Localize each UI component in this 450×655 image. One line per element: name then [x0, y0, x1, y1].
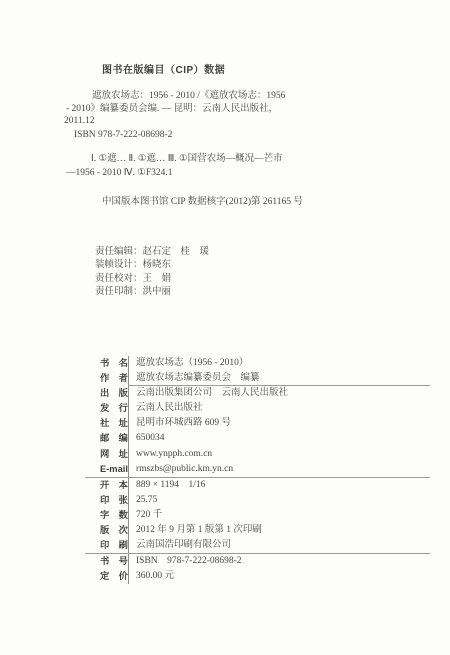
colophon-table: 书 名 遮放农场志（1956 - 2010） 作 者 遮放农场志编纂委员会 编纂…	[85, 356, 430, 584]
row-label: 网 址	[85, 447, 128, 462]
book-copyright-page: 图书在版编目（CIP）数据 遮放农场志：1956 - 2010 /《遮放农场志：…	[0, 0, 450, 655]
staff-label: 装帧设计：	[95, 260, 143, 270]
row-label: 出 版	[85, 386, 128, 401]
table-row-printer: 印 刷 云南国浩印刷有限公司	[85, 538, 430, 554]
table-row-edition: 版 次 2012 年 9 月第 1 版第 1 次印刷	[85, 523, 430, 538]
table-row-email: E-mail rmszbs@public.km.yn.cn	[85, 462, 430, 478]
row-label: 书 号	[85, 554, 128, 569]
row-label: 印 刷	[85, 538, 128, 553]
row-label: 字 数	[85, 508, 128, 523]
cip-paragraph-line2: - 2010》编纂委员会编. — 昆明：云南人民出版社，	[66, 103, 278, 116]
row-label: 开 本	[85, 478, 128, 493]
table-row-isbn: 书 号 ISBN 978-7-222-08698-2	[85, 554, 430, 569]
table-row-sheets: 印 张 25.75	[85, 493, 430, 508]
staff-value: 洪中丽	[143, 287, 172, 297]
staff-label: 责任印制：	[95, 287, 143, 297]
cip-paragraph-line1: 遮放农场志：1956 - 2010 /《遮放农场志：1956	[92, 90, 285, 103]
row-label: 作 者	[85, 371, 128, 386]
staff-credits: 责任编辑：赵石定 桂 瑗 装帧设计：杨晓东 责任校对：王 娟 责任印制：洪中丽	[95, 246, 209, 300]
table-row-price: 定 价 360.00 元	[85, 569, 430, 584]
row-value: 2012 年 9 月第 1 版第 1 次印刷	[128, 523, 430, 538]
row-value: ISBN 978-7-222-08698-2	[128, 554, 430, 569]
row-value: 云南国浩印刷有限公司	[128, 538, 430, 553]
row-value: 遮放农场志（1956 - 2010）	[128, 356, 430, 371]
cip-record-number: 中国版本图书馆 CIP 数据核字(2012)第 261165 号	[102, 196, 303, 209]
staff-value: 赵石定 桂 瑗	[143, 247, 210, 257]
cip-header: 图书在版编目（CIP）数据	[102, 61, 225, 76]
table-row-publisher: 出 版 云南出版集团公司 云南人民出版社	[85, 386, 430, 401]
staff-label: 责任校对：	[95, 274, 143, 284]
row-value: 25.75	[128, 493, 430, 508]
table-row-wordcount: 字 数 720 千	[85, 508, 430, 523]
staff-row-editor: 责任编辑：赵石定 桂 瑗	[95, 246, 209, 259]
staff-row-proofreader: 责任校对：王 娟	[95, 273, 209, 286]
row-value: 昆明市环城西路 609 号	[128, 416, 430, 431]
table-row-address: 社 址 昆明市环城西路 609 号	[85, 416, 430, 431]
staff-value: 王 娟	[143, 274, 172, 284]
row-label: 发 行	[85, 401, 128, 416]
cip-classification-line1: Ⅰ. ①遮… Ⅱ. ①遮… Ⅲ. ①国营农场—概况—芒市	[91, 153, 283, 166]
row-value: www.ynpph.com.cn	[128, 447, 430, 462]
staff-row-designer: 装帧设计：杨晓东	[95, 259, 209, 272]
table-row-distributor: 发 行 云南人民出版社	[85, 401, 430, 416]
row-label: 定 价	[85, 569, 128, 584]
row-value: 720 千	[128, 508, 430, 523]
row-value: 360.00 元	[128, 569, 430, 584]
row-value: 650034	[128, 431, 430, 446]
cip-isbn-line: ISBN 978-7-222-08698-2	[74, 129, 172, 142]
row-value: rmszbs@public.km.yn.cn	[128, 462, 430, 477]
row-value: 云南出版集团公司 云南人民出版社	[128, 386, 430, 401]
staff-label: 责任编辑：	[95, 247, 143, 257]
table-row-format: 开 本 889 × 1194 1/16	[85, 478, 430, 493]
table-row-postcode: 邮 编 650034	[85, 431, 430, 446]
cip-paragraph-line3: 2011.12	[64, 115, 95, 128]
row-value: 云南人民出版社	[128, 401, 430, 416]
row-value: 遮放农场志编纂委员会 编纂	[128, 371, 430, 386]
table-row-title: 书 名 遮放农场志（1956 - 2010）	[85, 356, 430, 371]
row-label: 邮 编	[85, 431, 128, 446]
row-label: 社 址	[85, 416, 128, 431]
row-label: 书 名	[85, 356, 128, 371]
cip-classification-line2: —1956 - 2010 Ⅳ. ①F324.1	[66, 167, 172, 180]
table-row-website: 网 址 www.ynpph.com.cn	[85, 447, 430, 462]
row-label: 印 张	[85, 493, 128, 508]
table-row-author: 作 者 遮放农场志编纂委员会 编纂	[85, 371, 430, 386]
row-label: 版 次	[85, 523, 128, 538]
row-value: 889 × 1194 1/16	[128, 478, 430, 493]
staff-value: 杨晓东	[143, 260, 172, 270]
staff-row-printing-supervisor: 责任印制：洪中丽	[95, 286, 209, 299]
row-label: E-mail	[85, 462, 128, 477]
